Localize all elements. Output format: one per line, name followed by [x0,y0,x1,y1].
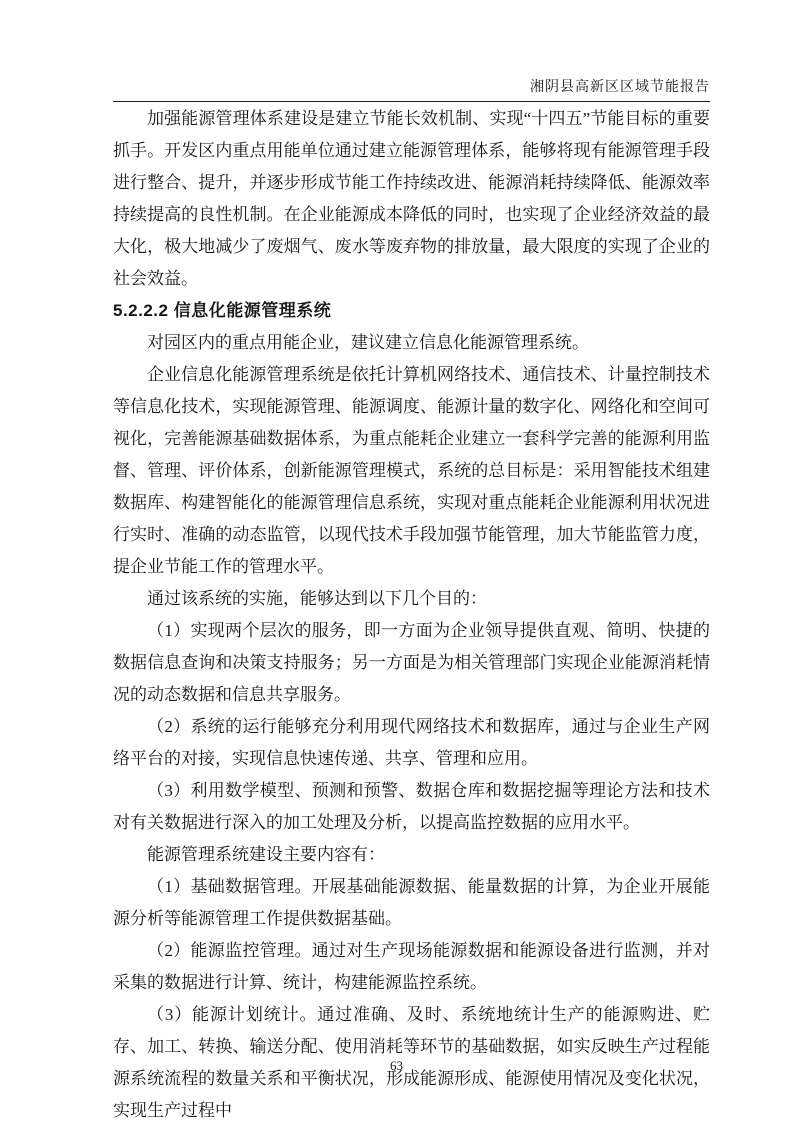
paragraph: 通过该系统的实施，能够达到以下几个目的： [113,583,710,615]
paragraph: （3）利用数学模型、预测和预警、数据仓库和数据挖掘等理论方法和技术对有关数据进行… [113,775,710,839]
paragraph: 能源管理系统建设主要内容有： [113,839,710,871]
document-page: 湘阴县高新区区域节能报告 加强能源管理体系建设是建立节能长效机制、实现“十四五”… [0,0,793,1122]
section-heading: 5.2.2.2 信息化能源管理系统 [113,295,710,327]
paragraph: （1）基础数据管理。开展基础能源数据、能量数据的计算，为企业开展能源分析等能源管… [113,871,710,935]
paragraph: （2）能源监控管理。通过对生产现场能源数据和能源设备进行监测，并对采集的数据进行… [113,935,710,999]
paragraph: （1）实现两个层次的服务，即一方面为企业领导提供直观、简明、快捷的数据信息查询和… [113,615,710,711]
page-number: 63 [390,1058,403,1073]
document-body: 加强能源管理体系建设是建立节能长效机制、实现“十四五”节能目标的重要抓手。开发区… [113,103,710,1122]
paragraph: 对园区内的重点用能企业，建议建立信息化能源管理系统。 [113,327,710,359]
paragraph: 加强能源管理体系建设是建立节能长效机制、实现“十四五”节能目标的重要抓手。开发区… [113,103,710,295]
page-footer: 63 [0,1058,793,1074]
page-header: 湘阴县高新区区域节能报告 [113,78,710,102]
paragraph: 企业信息化能源管理系统是依托计算机网络技术、通信技术、计量控制技术等信息化技术，… [113,359,710,583]
header-title: 湘阴县高新区区域节能报告 [530,80,710,95]
paragraph: （2）系统的运行能够充分利用现代网络技术和数据库，通过与企业生产网络平台的对接，… [113,711,710,775]
